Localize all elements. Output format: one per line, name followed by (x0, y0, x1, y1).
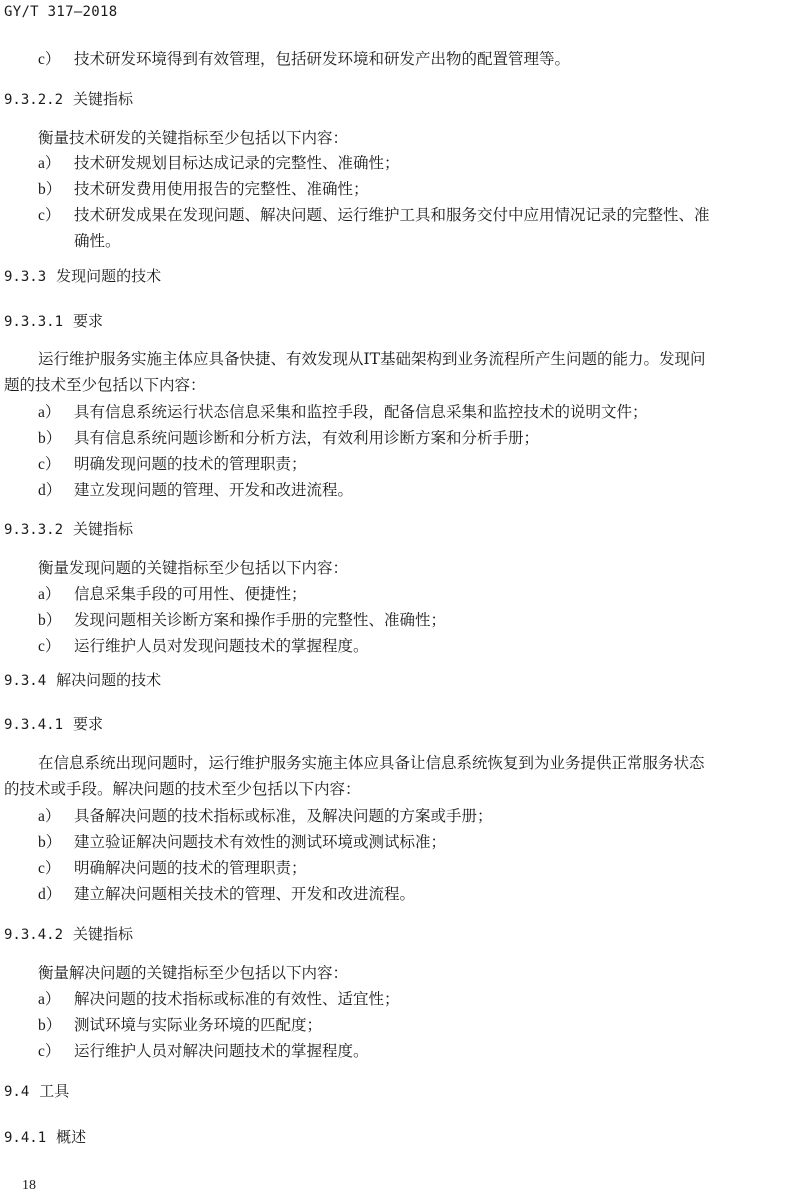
list-item-text: 信息采集手段的可用性、便捷性； (74, 585, 307, 603)
list-item: c）明确解决问题的技术的管理职责； (38, 858, 307, 879)
section-title: 关键指标 (73, 925, 133, 943)
list-marker: b） (38, 1016, 74, 1036)
list-item: d）建立解决问题相关技术的管理、开发和改进流程。 (38, 884, 415, 905)
section-heading: 9.3.4解决问题的技术 (4, 670, 161, 691)
list-marker: c） (38, 455, 74, 475)
list-marker: b） (38, 833, 74, 853)
list-item-text: 具备解决问题的技术指标或标准，及解决问题的方案或手册； (74, 807, 493, 825)
section-title: 解决问题的技术 (56, 671, 161, 689)
section-title: 要求 (73, 715, 103, 733)
list-marker: b） (38, 611, 74, 631)
list-item: d）建立发现问题的管理、开发和改进流程。 (38, 480, 353, 501)
section-title: 要求 (73, 312, 103, 330)
section-number: 9.4 (4, 1082, 29, 1102)
list-item-text: 建立发现问题的管理、开发和改进流程。 (74, 481, 353, 499)
list-item-text: 技术研发规划目标达成记录的完整性、准确性； (74, 154, 400, 172)
paragraph: 运行维护服务实施主体应具备快捷、有效发现从IT基础架构到业务流程所产生问题的能力… (38, 349, 705, 369)
standard-code-header: GY/T 317—2018 (4, 4, 117, 20)
section-title: 发现问题的技术 (56, 267, 161, 285)
list-marker: b） (38, 429, 74, 449)
section-number: 9.3.4.1 (4, 715, 63, 735)
section-number: 9.3.2.2 (4, 90, 63, 110)
section-number: 9.3.4 (4, 671, 46, 691)
list-marker: a） (38, 807, 74, 827)
paragraph-continuation: 题的技术至少包括以下内容： (4, 375, 206, 395)
section-heading: 9.4.1概述 (4, 1127, 86, 1148)
section-number: 9.3.4.2 (4, 925, 63, 945)
section-number: 9.3.3 (4, 267, 46, 287)
list-item: a）具备解决问题的技术指标或标准，及解决问题的方案或手册； (38, 806, 493, 827)
section-heading: 9.3.3.2关键指标 (4, 519, 133, 540)
list-marker: a） (38, 585, 74, 605)
list-marker: c） (38, 859, 74, 879)
list-item-text: 技术研发费用使用报告的完整性、准确性； (74, 180, 369, 198)
list-item-text: 运行维护人员对发现问题技术的掌握程度。 (74, 637, 369, 655)
list-item: c）运行维护人员对发现问题技术的掌握程度。 (38, 636, 369, 657)
list-item: b）测试环境与实际业务环境的匹配度； (38, 1015, 322, 1036)
list-item-text: 发现问题相关诊断方案和操作手册的完整性、准确性； (74, 611, 446, 629)
section-heading: 9.3.3.1要求 (4, 311, 103, 332)
section-title: 概述 (56, 1128, 86, 1146)
list-item-text: 建立解决问题相关技术的管理、开发和改进流程。 (74, 885, 415, 903)
section-title: 关键指标 (73, 90, 133, 108)
paragraph-continuation: 的技术或手段。解决问题的技术至少包括以下内容： (4, 779, 361, 799)
list-item-text: 技术研发环境得到有效管理，包括研发环境和研发产出物的配置管理等。 (74, 50, 570, 68)
list-marker: a） (38, 990, 74, 1010)
section-heading: 9.3.3发现问题的技术 (4, 266, 161, 287)
list-item: c）运行维护人员对解决问题技术的掌握程度。 (38, 1041, 369, 1062)
list-item-text: 明确发现问题的技术的管理职责； (74, 455, 307, 473)
section-heading: 9.3.4.2关键指标 (4, 924, 133, 945)
section-number: 9.4.1 (4, 1128, 46, 1148)
list-item: a）技术研发规划目标达成记录的完整性、准确性； (38, 153, 400, 174)
list-item: b）发现问题相关诊断方案和操作手册的完整性、准确性； (38, 610, 446, 631)
list-item-text: 建立验证解决问题技术有效性的测试环境或测试标准； (74, 833, 446, 851)
list-item-text: 技术研发成果在发现问题、解决问题、运行维护工具和服务交付中应用情况记录的完整性、… (74, 206, 710, 224)
page-number: 18 (22, 1178, 36, 1194)
list-item-text: 解决问题的技术指标或标准的有效性、适宜性； (74, 990, 400, 1008)
section-number: 9.3.3.1 (4, 312, 63, 332)
paragraph: 衡量发现问题的关键指标至少包括以下内容： (38, 558, 348, 578)
list-marker: c） (38, 206, 74, 226)
section-title: 关键指标 (73, 520, 133, 538)
section-number: 9.3.3.2 (4, 520, 63, 540)
list-item: a）解决问题的技术指标或标准的有效性、适宜性； (38, 989, 400, 1010)
list-item-text: 明确解决问题的技术的管理职责； (74, 859, 307, 877)
list-item-text: 测试环境与实际业务环境的匹配度； (74, 1016, 322, 1034)
section-heading: 9.3.2.2关键指标 (4, 89, 133, 110)
paragraph: 在信息系统出现问题时，运行维护服务实施主体应具备让信息系统恢复到为业务提供正常服… (38, 753, 705, 773)
section-heading: 9.4工具 (4, 1081, 69, 1102)
list-marker: a） (38, 154, 74, 174)
paragraph: 衡量解决问题的关键指标至少包括以下内容： (38, 963, 348, 983)
list-marker: a） (38, 403, 74, 423)
list-marker: c） (38, 637, 74, 657)
list-item-text: 具有信息系统运行状态信息采集和监控手段，配备信息采集和监控技术的说明文件； (74, 403, 648, 421)
list-item: b）建立验证解决问题技术有效性的测试环境或测试标准； (38, 832, 446, 853)
list-item: a）具有信息系统运行状态信息采集和监控手段，配备信息采集和监控技术的说明文件； (38, 402, 648, 423)
list-item: a）信息采集手段的可用性、便捷性； (38, 584, 307, 605)
list-marker: c） (38, 1042, 74, 1062)
list-marker: d） (38, 885, 74, 905)
list-marker: d） (38, 481, 74, 501)
list-marker: b） (38, 180, 74, 200)
section-title: 工具 (39, 1082, 69, 1100)
list-item: c）技术研发成果在发现问题、解决问题、运行维护工具和服务交付中应用情况记录的完整… (38, 205, 710, 226)
list-item-text: 具有信息系统问题诊断和分析方法，有效利用诊断方案和分析手册； (74, 429, 539, 447)
list-item: b）技术研发费用使用报告的完整性、准确性； (38, 179, 369, 200)
list-item: c）明确发现问题的技术的管理职责； (38, 454, 307, 475)
list-item-continuation: 确性。 (74, 231, 121, 251)
list-item: c）技术研发环境得到有效管理，包括研发环境和研发产出物的配置管理等。 (38, 49, 570, 70)
section-heading: 9.3.4.1要求 (4, 714, 103, 735)
list-item-text: 运行维护人员对解决问题技术的掌握程度。 (74, 1042, 369, 1060)
paragraph: 衡量技术研发的关键指标至少包括以下内容： (38, 128, 348, 148)
list-item: b）具有信息系统问题诊断和分析方法，有效利用诊断方案和分析手册； (38, 428, 539, 449)
list-marker: c） (38, 50, 74, 70)
